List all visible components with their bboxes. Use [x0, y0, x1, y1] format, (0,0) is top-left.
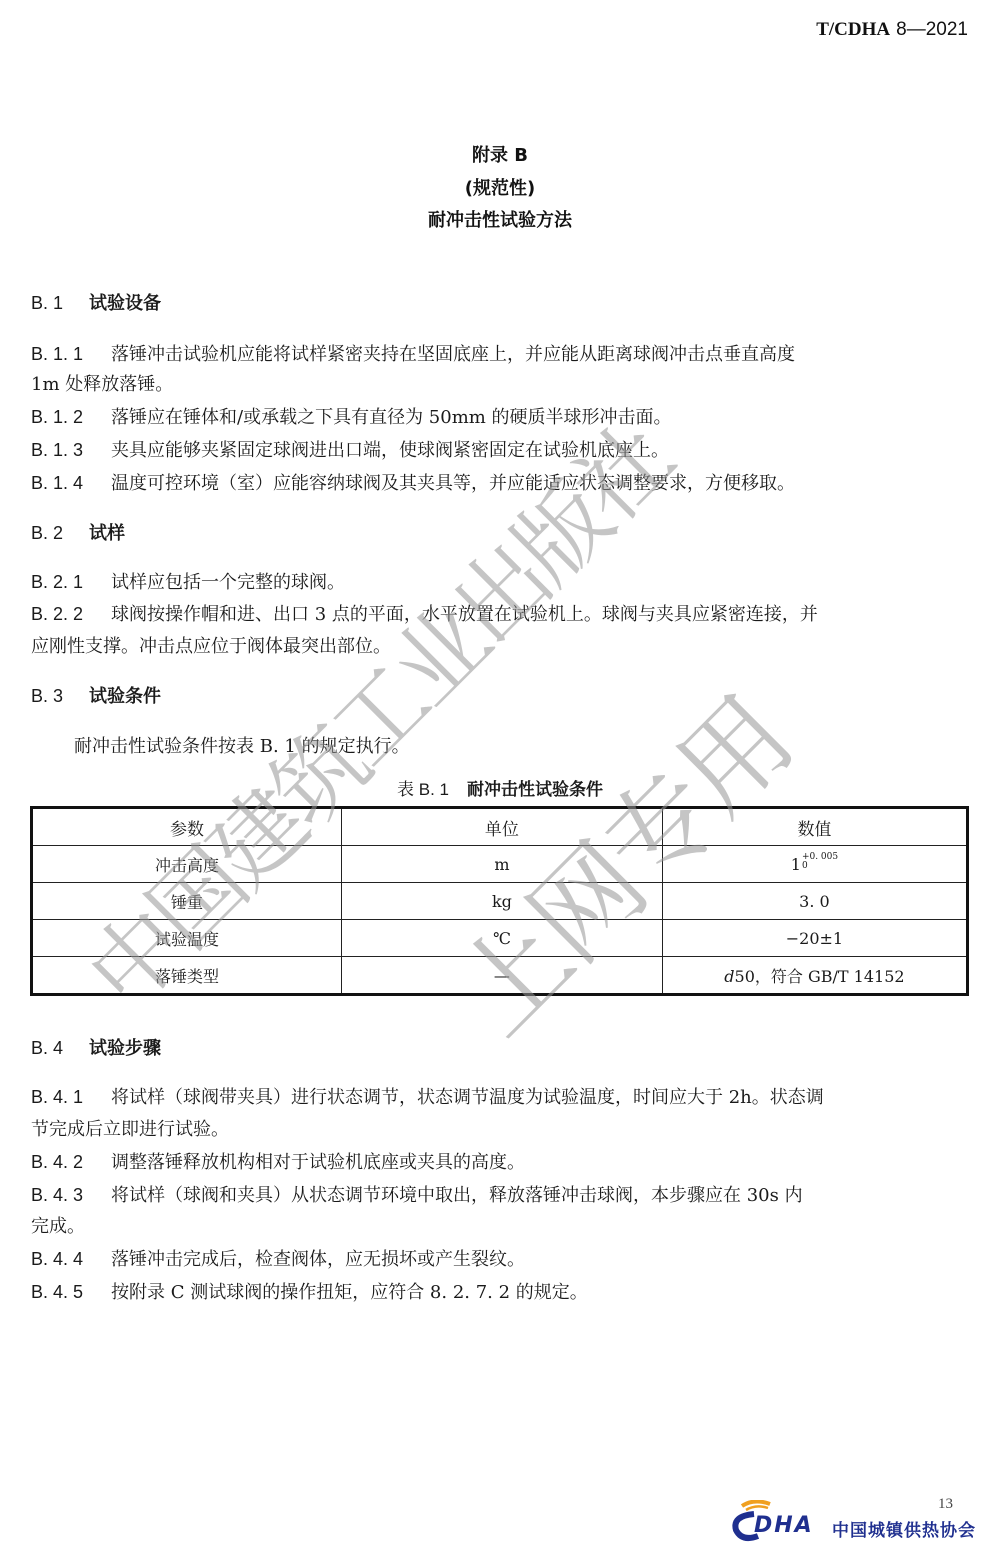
cell-unit: kg	[341, 883, 662, 920]
section-b3-paragraph: 耐冲击性试验条件按表 B. 1 的规定执行。	[74, 732, 410, 758]
section-title: 试验设备	[89, 293, 161, 314]
clause-number: B. 4. 1	[31, 1087, 111, 1108]
table-row: 落锤类型 — d50，符合 GB/T 14152	[32, 957, 968, 995]
section-heading-b1: B. 1试验设备	[31, 289, 161, 315]
clause-number: B. 1. 4	[31, 473, 111, 494]
cell-value: d50，符合 GB/T 14152	[662, 957, 967, 995]
table-row: 试验温度 ℃ −20±1	[32, 920, 968, 957]
cell-value: 1+0. 0050	[662, 846, 967, 883]
cell-parameter: 锤重	[32, 883, 342, 920]
clause-b45: B. 4. 5按附录 C 测试球阀的操作扭矩，应符合 8. 2. 7. 2 的规…	[31, 1278, 588, 1304]
clause-b11: B. 1. 1落锤冲击试验机应能将试样紧密夹持在坚固底座上，并应能从距离球阀冲击…	[31, 340, 795, 366]
cell-value: 3. 0	[662, 883, 967, 920]
cell-parameter: 冲击高度	[32, 846, 342, 883]
clause-number: B. 4. 5	[31, 1282, 111, 1303]
clause-text: 按附录 C 测试球阀的操作扭矩，应符合 8. 2. 7. 2 的规定。	[111, 1282, 588, 1303]
clause-b43-continued: 完成。	[31, 1212, 85, 1238]
clause-b42: B. 4. 2调整落锤释放机构相对于试验机底座或夹具的高度。	[31, 1148, 525, 1174]
clause-text: 将试样（球阀带夹具）进行状态调节，状态调节温度为试验温度，时间应大于 2h。状态…	[111, 1087, 824, 1108]
cell-parameter: 试验温度	[32, 920, 342, 957]
section-number: B. 1	[31, 293, 89, 314]
table-row: 冲击高度 m 1+0. 0050	[32, 846, 968, 883]
clause-b41: B. 4. 1将试样（球阀带夹具）进行状态调节，状态调节温度为试验温度，时间应大…	[31, 1083, 824, 1109]
clause-text: 夹具应能够夹紧固定球阀进出口端，使球阀紧密固定在试验机底座上。	[111, 440, 669, 461]
tolerance-lower: 0	[802, 862, 838, 871]
clause-text: 落锤应在锤体和/或承载之下具有直径为 50mm 的硬质半球形冲击面。	[111, 407, 672, 428]
clause-text: 温度可控环境（室）应能容纳球阀及其夹具等，并应能适应状态调整要求，方便移取。	[111, 473, 795, 494]
clause-b22: B. 2. 2球阀按操作帽和进、出口 3 点的平面，水平放置在试验机上。球阀与夹…	[31, 600, 818, 626]
section-heading-b3: B. 3试验条件	[31, 682, 161, 708]
clause-number: B. 4. 4	[31, 1249, 111, 1270]
annex-title: 耐冲击性试验方法	[0, 206, 1000, 232]
section-number: B. 3	[31, 686, 89, 707]
table-number: 表 B. 1	[397, 780, 449, 799]
table-title: 耐冲击性试验条件	[467, 780, 603, 800]
clause-text: 调整落锤释放机构相对于试验机底座或夹具的高度。	[111, 1152, 525, 1173]
table-header-row: 参数 单位 数值	[32, 808, 968, 846]
value-tolerance: +0. 0050	[802, 853, 838, 871]
org-name: 中国城镇供热协会	[832, 1516, 976, 1541]
cell-unit: m	[341, 846, 662, 883]
annex-nature: (规范性)	[0, 174, 1000, 200]
test-conditions-table: 参数 单位 数值 冲击高度 m 1+0. 0050 锤重 kg 3. 0 试验温…	[30, 806, 969, 996]
clause-b21: B. 2. 1试样应包括一个完整的球阀。	[31, 568, 345, 594]
clause-b12: B. 1. 2落锤应在锤体和/或承载之下具有直径为 50mm 的硬质半球形冲击面…	[31, 403, 672, 429]
section-title: 试验步骤	[89, 1038, 161, 1059]
annex-label: 附录 B	[0, 141, 1000, 167]
clause-number: B. 2. 2	[31, 604, 111, 625]
clause-b11-continued: 1m 处释放落锤。	[31, 370, 173, 396]
section-heading-b4: B. 4试验步骤	[31, 1034, 161, 1060]
clause-number: B. 4. 2	[31, 1152, 111, 1173]
document-code-prefix: T/CDHA	[816, 19, 890, 40]
clause-text: 将试样（球阀和夹具）从状态调节环境中取出，释放落锤冲击球阀，本步骤应在 30s …	[111, 1185, 803, 1206]
page-number: 13	[938, 1496, 953, 1513]
value-text: 50，符合 GB/T 14152	[735, 967, 905, 986]
header-parameter: 参数	[32, 808, 342, 846]
cell-value: −20±1	[662, 920, 967, 957]
clause-number: B. 4. 3	[31, 1185, 111, 1206]
clause-b13: B. 1. 3夹具应能够夹紧固定球阀进出口端，使球阀紧密固定在试验机底座上。	[31, 436, 669, 462]
clause-b43: B. 4. 3将试样（球阀和夹具）从状态调节环境中取出，释放落锤冲击球阀，本步骤…	[31, 1181, 803, 1207]
clause-b41-continued: 节完成后立即进行试验。	[31, 1115, 229, 1141]
section-heading-b2: B. 2试样	[31, 519, 125, 545]
table-row: 锤重 kg 3. 0	[32, 883, 968, 920]
section-title: 试样	[89, 523, 125, 544]
cell-unit: —	[341, 957, 662, 995]
header-value: 数值	[662, 808, 967, 846]
clause-number: B. 2. 1	[31, 572, 111, 593]
cell-unit: ℃	[341, 920, 662, 957]
table-caption: 表 B. 1耐冲击性试验条件	[0, 775, 1000, 800]
clause-text: 落锤冲击试验机应能将试样紧密夹持在坚固底座上，并应能从距离球阀冲击点垂直高度	[111, 344, 795, 365]
document-code-suffix: 8—2021	[896, 19, 968, 40]
value-base: 1	[791, 855, 801, 874]
document-code: T/CDHA 8—2021	[816, 18, 968, 41]
clause-number: B. 1. 3	[31, 440, 111, 461]
clause-text: 球阀按操作帽和进、出口 3 点的平面，水平放置在试验机上。球阀与夹具应紧密连接，…	[111, 604, 818, 625]
section-number: B. 4	[31, 1038, 89, 1059]
clause-number: B. 1. 2	[31, 407, 111, 428]
clause-text: 落锤冲击完成后，检查阀体，应无损坏或产生裂纹。	[111, 1249, 525, 1270]
logo-text: DHA	[754, 1513, 814, 1538]
clause-b22-continued: 应刚性支撑。冲击点应位于阀体最突出部位。	[31, 632, 391, 658]
clause-number: B. 1. 1	[31, 344, 111, 365]
clause-text: 试样应包括一个完整的球阀。	[111, 572, 345, 593]
clause-b44: B. 4. 4落锤冲击完成后，检查阀体，应无损坏或产生裂纹。	[31, 1245, 525, 1271]
header-unit: 单位	[341, 808, 662, 846]
clause-b14: B. 1. 4温度可控环境（室）应能容纳球阀及其夹具等，并应能适应状态调整要求，…	[31, 469, 795, 495]
cell-parameter: 落锤类型	[32, 957, 342, 995]
section-title: 试验条件	[89, 686, 161, 707]
value-italic: d	[724, 967, 734, 986]
section-number: B. 2	[31, 523, 89, 544]
